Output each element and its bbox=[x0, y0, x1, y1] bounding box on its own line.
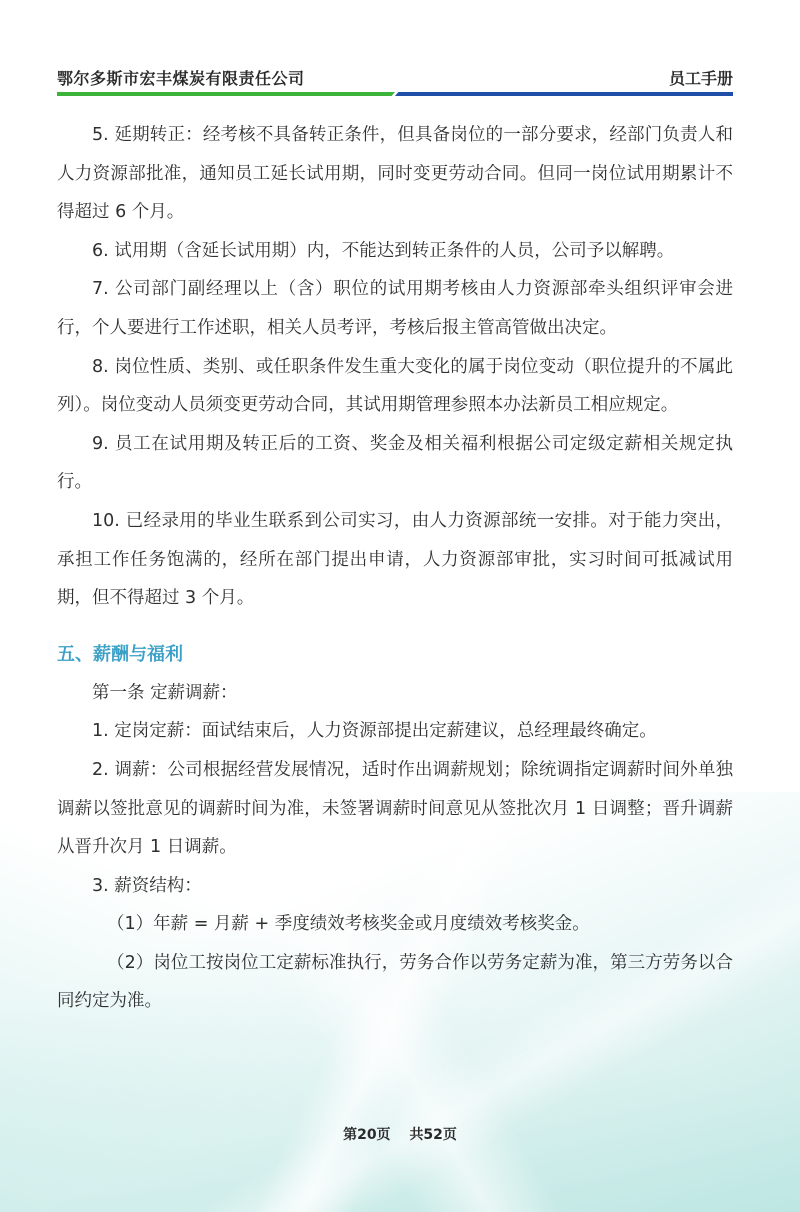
header-rule-blue bbox=[395, 92, 733, 96]
page-footer: 第20页 共52页 bbox=[0, 1124, 800, 1144]
paragraph-item-6: 6. 试用期（含延长试用期）内，不能达到转正条件的人员，公司予以解聘。 bbox=[57, 232, 733, 271]
paragraph-item-7: 7. 公司部门副经理以上（含）职位的试用期考核由人力资源部牵头组织评审会进行，个… bbox=[57, 270, 733, 347]
page-body: 5. 延期转正：经考核不具备转正条件，但具备岗位的一部分要求，经部门负责人和人力… bbox=[57, 116, 733, 1021]
paragraph-salary-adjustment: 2. 调薪：公司根据经营发展情况，适时作出调薪规划；除统调指定调薪时间外单独调薪… bbox=[57, 751, 733, 867]
company-name: 鄂尔多斯市宏丰煤炭有限责任公司 bbox=[57, 66, 305, 89]
article-heading: 第一条 定薪调薪： bbox=[57, 674, 733, 713]
page-header: 鄂尔多斯市宏丰煤炭有限责任公司 员工手册 bbox=[57, 66, 733, 96]
document-title: 员工手册 bbox=[669, 66, 733, 89]
total-page-count: 共52页 bbox=[409, 1127, 456, 1143]
sub-item-annual-salary: （1）年薪 = 月薪 + 季度绩效考核奖金或月度绩效考核奖金。 bbox=[57, 905, 733, 944]
paragraph-salary-setting: 1. 定岗定薪：面试结束后，人力资源部提出定薪建议，总经理最终确定。 bbox=[57, 712, 733, 751]
sub-item-position-wage: （2）岗位工按岗位工定薪标准执行，劳务合作以劳务定薪为准，第三方劳务以合同约定为… bbox=[57, 944, 733, 1021]
paragraph-item-8: 8. 岗位性质、类别、或任职条件发生重大变化的属于岗位变动（职位提升的不属此列）… bbox=[57, 348, 733, 425]
section-heading: 五、薪酬与福利 bbox=[57, 636, 733, 674]
paragraph-item-10: 10. 已经录用的毕业生联系到公司实习，由人力资源部统一安排。对于能力突出，承担… bbox=[57, 502, 733, 618]
current-page-number: 第20页 bbox=[343, 1127, 390, 1143]
paragraph-item-5: 5. 延期转正：经考核不具备转正条件，但具备岗位的一部分要求，经部门负责人和人力… bbox=[57, 116, 733, 232]
paragraph-salary-structure: 3. 薪资结构： bbox=[57, 867, 733, 906]
header-rule-green bbox=[57, 92, 395, 96]
paragraph-item-9: 9. 员工在试用期及转正后的工资、奖金及相关福利根据公司定级定薪相关规定执行。 bbox=[57, 425, 733, 502]
